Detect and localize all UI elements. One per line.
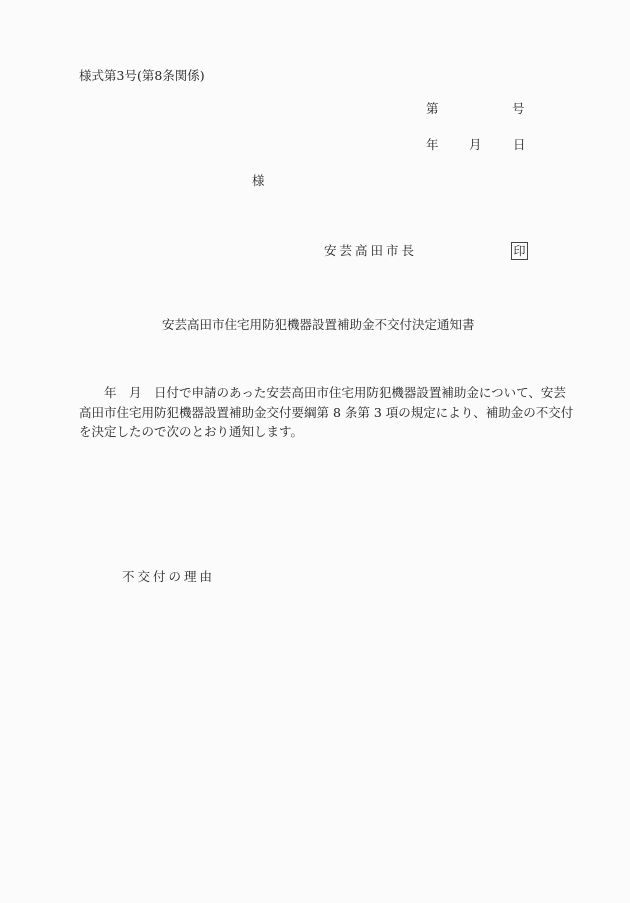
notice-body-line: 年 月 日付で申請のあった安芸高田市住宅用防犯機器設置補助金について、安芸	[79, 383, 553, 403]
issuer-name: 安芸高田市長	[324, 243, 417, 259]
form-number-label: 様式第3号(第8条関係)	[79, 66, 205, 84]
document-title: 安芸高田市住宅用防犯機器設置補助金不交付決定通知書	[162, 315, 475, 333]
date-year-label: 年	[426, 137, 439, 153]
date-day-label: 日	[513, 137, 526, 153]
date-month-label: 月	[469, 137, 482, 153]
notice-body-line: 高田市住宅用防犯機器設置補助金交付要綱第 8 条第 3 項の規定により、補助金の…	[79, 403, 553, 423]
non-grant-reason-heading: 不交付の理由	[122, 569, 215, 585]
notice-body-line: を決定したので次のとおり通知します。	[79, 422, 553, 442]
document-number-prefix: 第	[426, 101, 439, 117]
recipient-honorific: 様	[252, 173, 265, 189]
seal-stamp-icon: 印	[511, 242, 528, 260]
notice-body: 年 月 日付で申請のあった安芸高田市住宅用防犯機器設置補助金について、安芸 高田…	[79, 383, 553, 442]
document-number-suffix: 号	[512, 101, 525, 117]
